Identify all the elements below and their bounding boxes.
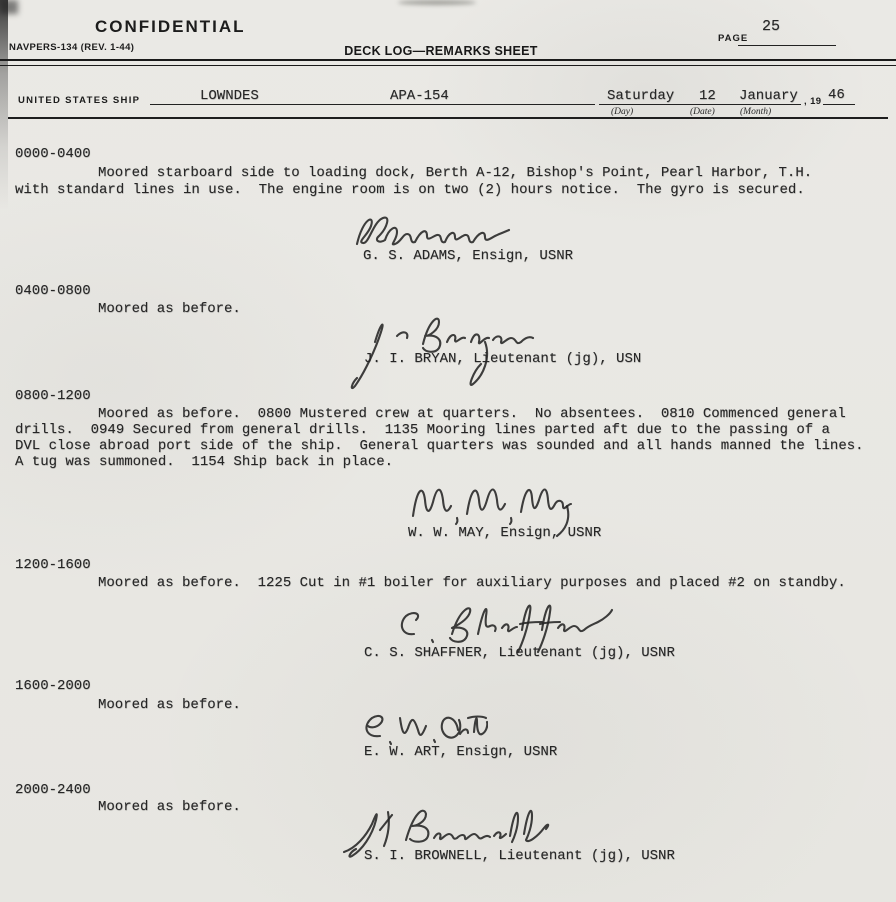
page-number-underline: [738, 30, 836, 46]
watch-period: 0400-0800: [15, 283, 91, 299]
remark-line: drills. 0949 Secured from general drills…: [15, 422, 830, 438]
log-year: 46: [828, 87, 845, 103]
watch-period: 0800-1200: [15, 388, 91, 404]
ship-label: UNITED STATES SHIP: [18, 95, 140, 106]
log-date: 12: [699, 88, 716, 104]
remark-line: Moored as before. 1225 Cut in #1 boiler …: [98, 575, 846, 591]
remark-line: with standard lines in use. The engine r…: [15, 182, 805, 198]
watch-period: 0000-0400: [15, 146, 91, 162]
remark-line: DVL close abroad port side of the ship. …: [15, 438, 864, 454]
form-title: DECK LOG—REMARKS SHEET: [341, 44, 541, 58]
ship-name: LOWNDES: [200, 88, 259, 104]
remark-line: Moored as before.: [98, 301, 241, 317]
remark-line: Moored starboard side to loading dock, B…: [98, 165, 812, 181]
year-prefix: , 19: [804, 96, 821, 107]
signed-by-line: G. S. ADAMS, Ensign, USNR: [363, 248, 573, 264]
day-caption: (Day): [611, 107, 633, 117]
header-double-rule: [0, 59, 896, 66]
form-number: NAVPERS-134 (REV. 1-44): [9, 42, 134, 53]
watch-period: 1600-2000: [15, 678, 91, 694]
watch-period: 2000-2400: [15, 782, 91, 798]
signed-by-line: C. S. SHAFFNER, Lieutenant (jg), USNR: [364, 645, 675, 661]
log-day: Saturday: [607, 88, 674, 104]
deck-log-remarks-sheet: CONFIDENTIAL PAGE 25 NAVPERS-134 (REV. 1…: [0, 0, 896, 902]
classification-stamp: CONFIDENTIAL: [95, 17, 246, 37]
signed-by-line: J. I. BRYAN, Lieutenant (jg), USN: [364, 351, 641, 367]
scan-artifact-top-smudge: [398, 0, 476, 5]
date-caption: (Date): [690, 107, 715, 117]
log-month: January: [739, 88, 798, 104]
scan-artifact-corner: [0, 0, 18, 14]
remark-line: Moored as before.: [98, 799, 241, 815]
signed-by-line: W. W. MAY, Ensign, USNR: [408, 525, 601, 541]
scan-artifact-left-edge: [0, 0, 8, 210]
remark-line: Moored as before.: [98, 697, 241, 713]
remark-line: Moored as before. 0800 Mustered crew at …: [98, 406, 846, 422]
month-caption: (Month): [740, 107, 771, 117]
signed-by-line: S. I. BROWNELL, Lieutenant (jg), USNR: [364, 848, 675, 864]
hull-number: APA-154: [390, 88, 449, 104]
remark-line: A tug was summoned. 1154 Ship back in pl…: [15, 454, 393, 470]
signed-by-line: E. W. ART, Ensign, USNR: [364, 744, 557, 760]
ship-line-rule: [8, 117, 888, 119]
watch-period: 1200-1600: [15, 557, 91, 573]
